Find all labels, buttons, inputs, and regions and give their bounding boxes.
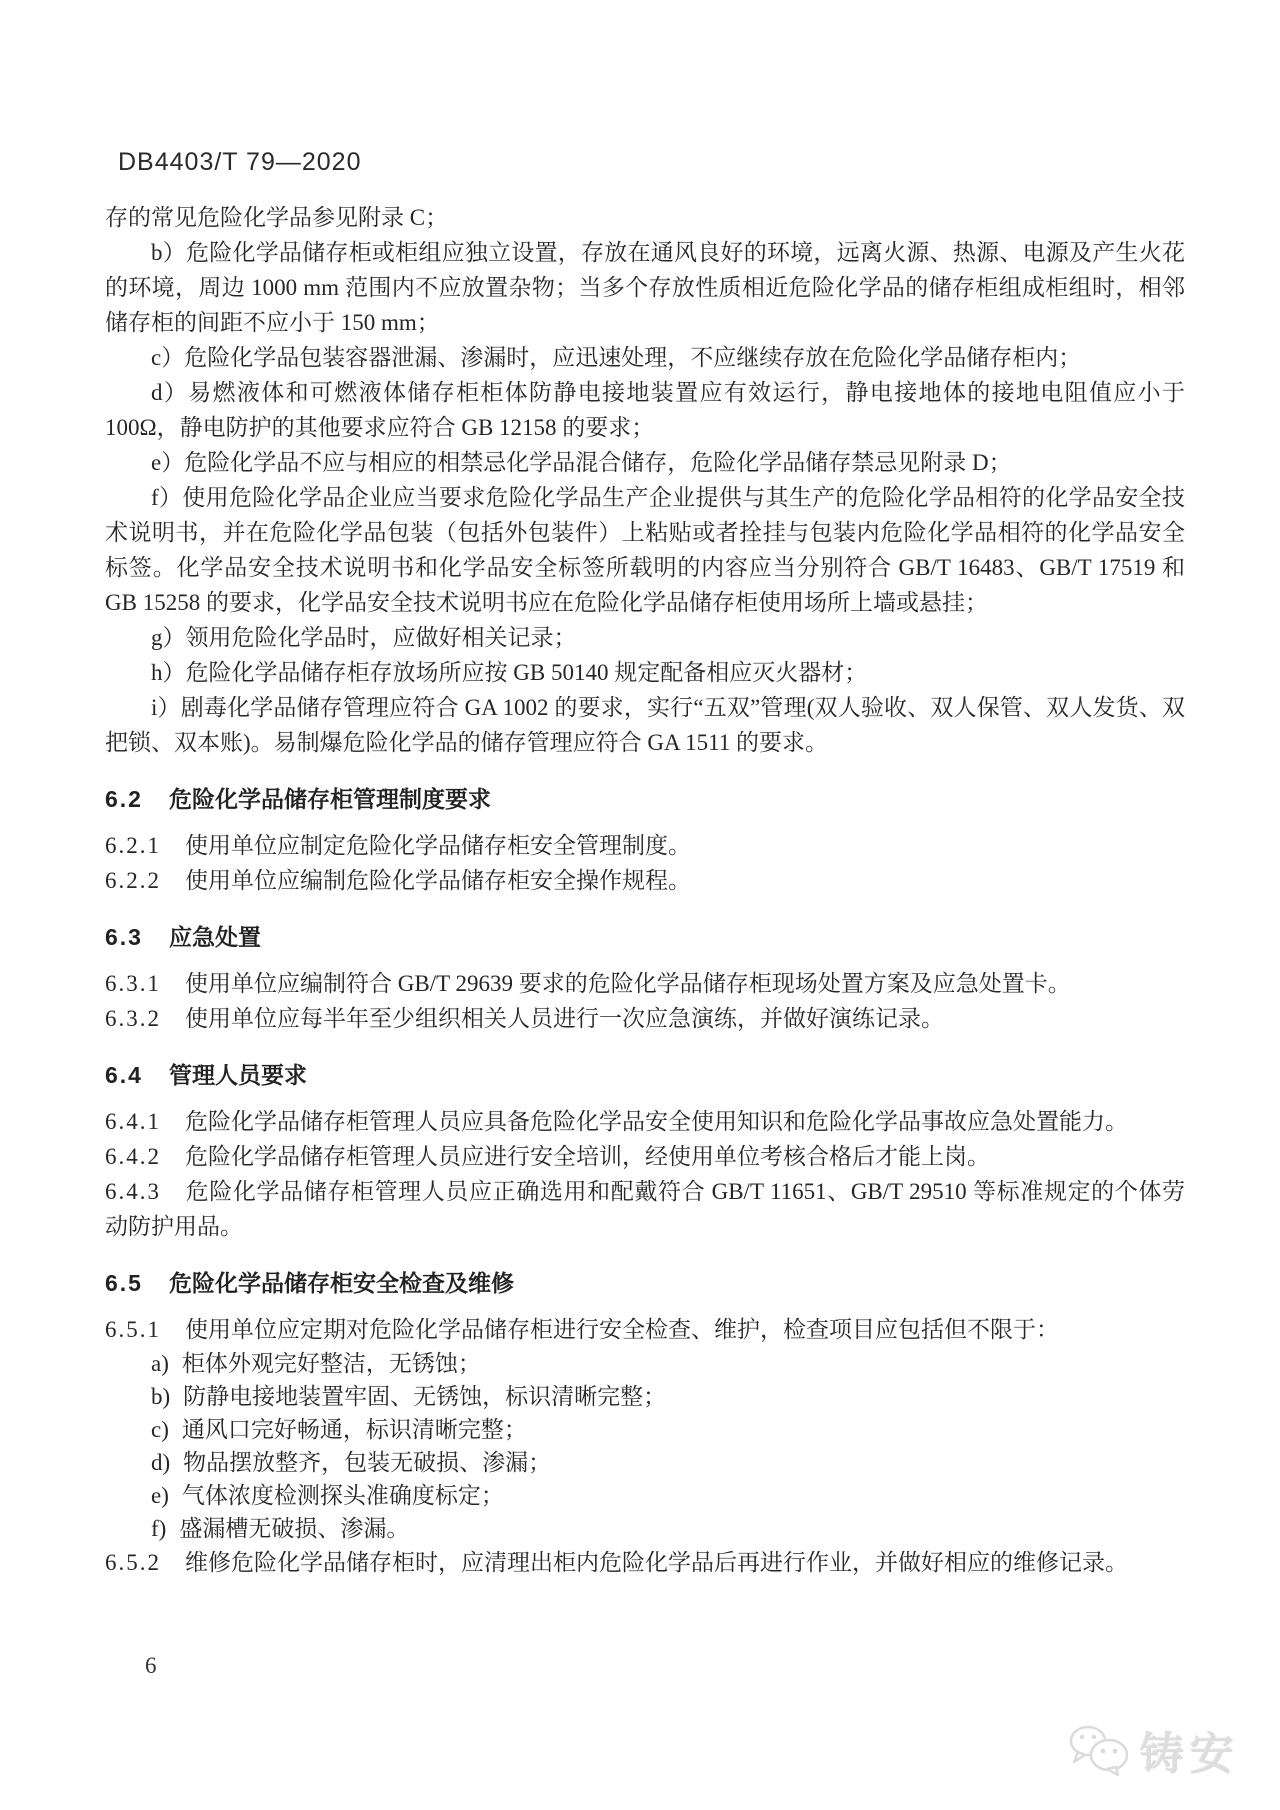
- clause-text: 危险化学品储存柜管理人员应具备危险化学品安全使用知识和危险化学品事故应急处置能力…: [185, 1109, 1128, 1134]
- section-number: 6.5: [105, 1270, 143, 1296]
- clause-text: 使用单位应编制危险化学品储存柜安全操作规程。: [185, 868, 691, 893]
- list-item-b: b）危险化学品储存柜或柜组应独立设置，存放在通风良好的环境，远离火源、热源、电源…: [105, 235, 1185, 340]
- clause-6-2-2: 6.2.2使用单位应编制危险化学品储存柜安全操作规程。: [105, 863, 1185, 898]
- list-item-g: g）领用危险化学品时，应做好相关记录；: [105, 620, 1185, 655]
- checklist-item-f: f)盛漏槽无破损、渗漏。: [105, 1512, 1185, 1545]
- section-number: 6.3: [105, 924, 143, 950]
- list-item-c: c）危险化学品包装容器泄漏、渗漏时，应迅速处理，不应继续存放在危险化学品储存柜内…: [105, 340, 1185, 375]
- section-heading-6-2: 6.2危险化学品储存柜管理制度要求: [105, 782, 1185, 817]
- checklist-item-e: e)气体浓度检测探头准确度标定；: [105, 1479, 1185, 1512]
- clause-6-2-1: 6.2.1使用单位应制定危险化学品储存柜安全管理制度。: [105, 828, 1185, 863]
- watermark-text: 铸安: [1140, 1718, 1240, 1782]
- list-item-f: f）使用危险化学品企业应当要求危险化学品生产企业提供与其生产的危险化学品相符的化…: [105, 480, 1185, 620]
- doc-body: 存的常见危险化学品参见附录 C； b）危险化学品储存柜或柜组应独立设置，存放在通…: [105, 200, 1185, 1580]
- checklist-text: 通风口完好畅通，标识清晰完整；: [182, 1417, 527, 1442]
- clause-number: 6.5.1: [105, 1317, 161, 1342]
- section-title: 危险化学品储存柜安全检查及维修: [169, 1270, 514, 1296]
- watermark: 铸安: [1068, 1718, 1240, 1782]
- checklist-letter: b): [151, 1384, 170, 1409]
- clause-number: 6.3.2: [105, 1006, 161, 1031]
- section-number: 6.2: [105, 786, 143, 812]
- section-title: 应急处置: [169, 924, 261, 950]
- clause-number: 6.2.1: [105, 833, 161, 858]
- doc-number: DB4403/T 79—2020: [118, 148, 361, 177]
- clause-text: 使用单位应定期对危险化学品储存柜进行安全检查、维护，检查项目应包括但不限于：: [185, 1317, 1059, 1342]
- list-item-d: d）易燃液体和可燃液体储存柜柜体防静电接地装置应有效运行，静电接地体的接地电阻值…: [105, 375, 1185, 445]
- section-heading-6-5: 6.5危险化学品储存柜安全检查及维修: [105, 1266, 1185, 1301]
- clause-number: 6.2.2: [105, 868, 161, 893]
- clause-number: 6.3.1: [105, 971, 161, 996]
- section-number: 6.4: [105, 1062, 143, 1088]
- list-item-h: h）危险化学品储存柜存放场所应按 GB 50140 规定配备相应灭火器材；: [105, 655, 1185, 690]
- clause-number: 6.5.2: [105, 1550, 161, 1575]
- clause-6-3-2: 6.3.2使用单位应每半年至少组织相关人员进行一次应急演练，并做好演练记录。: [105, 1001, 1185, 1036]
- paragraph-continuation: 存的常见危险化学品参见附录 C；: [105, 200, 1185, 235]
- checklist-letter: d): [151, 1450, 170, 1475]
- clause-6-4-3: 6.4.3危险化学品储存柜管理人员应正确选用和配戴符合 GB/T 11651、G…: [105, 1174, 1185, 1244]
- document-page: DB4403/T 79—2020 存的常见危险化学品参见附录 C； b）危险化学…: [0, 0, 1280, 1810]
- checklist-item-d: d)物品摆放整齐，包装无破损、渗漏；: [105, 1446, 1185, 1479]
- clause-text: 危险化学品储存柜管理人员应进行安全培训，经使用单位考核合格后才能上岗。: [185, 1144, 990, 1169]
- checklist-item-a: a)柜体外观完好整洁，无锈蚀；: [105, 1347, 1185, 1380]
- clause-number: 6.4.2: [105, 1144, 161, 1169]
- clause-6-5-2: 6.5.2维修危险化学品储存柜时，应清理出柜内危险化学品后再进行作业，并做好相应…: [105, 1545, 1185, 1580]
- clause-6-3-1: 6.3.1使用单位应编制符合 GB/T 29639 要求的危险化学品储存柜现场处…: [105, 966, 1185, 1001]
- checklist-text: 物品摆放整齐，包装无破损、渗漏；: [183, 1450, 551, 1475]
- list-item-i: i）剧毒化学品储存管理应符合 GA 1002 的要求，实行“五双”管理(双人验收…: [105, 690, 1185, 760]
- list-item-e: e）危险化学品不应与相应的相禁忌化学品混合储存，危险化学品储存禁忌见附录 D；: [105, 445, 1185, 480]
- clause-text: 维修危险化学品储存柜时，应清理出柜内危险化学品后再进行作业，并做好相应的维修记录…: [185, 1550, 1128, 1575]
- checklist-letter: a): [151, 1351, 169, 1376]
- clause-number: 6.4.1: [105, 1109, 161, 1134]
- wechat-chat-bubbles-icon: [1068, 1724, 1130, 1776]
- checklist-text: 柜体外观完好整洁，无锈蚀；: [182, 1351, 481, 1376]
- clause-text: 使用单位应每半年至少组织相关人员进行一次应急演练，并做好演练记录。: [185, 1006, 944, 1031]
- checklist-letter: f): [151, 1516, 166, 1541]
- clause-6-4-1: 6.4.1危险化学品储存柜管理人员应具备危险化学品安全使用知识和危险化学品事故应…: [105, 1104, 1185, 1139]
- checklist-item-b: b)防静电接地装置牢固、无锈蚀，标识清晰完整；: [105, 1380, 1185, 1413]
- section-heading-6-4: 6.4管理人员要求: [105, 1058, 1185, 1093]
- section-title: 管理人员要求: [169, 1062, 307, 1088]
- page-number: 6: [145, 1653, 157, 1679]
- checklist-letter: e): [151, 1483, 169, 1508]
- checklist-text: 气体浓度检测探头准确度标定；: [182, 1483, 504, 1508]
- checklist-text: 盛漏槽无破损、渗漏。: [179, 1516, 409, 1541]
- clause-text: 使用单位应编制符合 GB/T 29639 要求的危险化学品储存柜现场处置方案及应…: [185, 971, 1071, 996]
- section-title: 危险化学品储存柜管理制度要求: [169, 786, 491, 812]
- checklist-item-c: c)通风口完好畅通，标识清晰完整；: [105, 1413, 1185, 1446]
- checklist-letter: c): [151, 1417, 169, 1442]
- checklist-text: 防静电接地装置牢固、无锈蚀，标识清晰完整；: [183, 1384, 666, 1409]
- section-heading-6-3: 6.3应急处置: [105, 920, 1185, 955]
- clause-6-5-1: 6.5.1使用单位应定期对危险化学品储存柜进行安全检查、维护，检查项目应包括但不…: [105, 1312, 1185, 1347]
- clause-text: 使用单位应制定危险化学品储存柜安全管理制度。: [185, 833, 691, 858]
- clause-text: 危险化学品储存柜管理人员应正确选用和配戴符合 GB/T 11651、GB/T 2…: [105, 1179, 1185, 1239]
- clause-6-4-2: 6.4.2危险化学品储存柜管理人员应进行安全培训，经使用单位考核合格后才能上岗。: [105, 1139, 1185, 1174]
- clause-number: 6.4.3: [105, 1179, 161, 1204]
